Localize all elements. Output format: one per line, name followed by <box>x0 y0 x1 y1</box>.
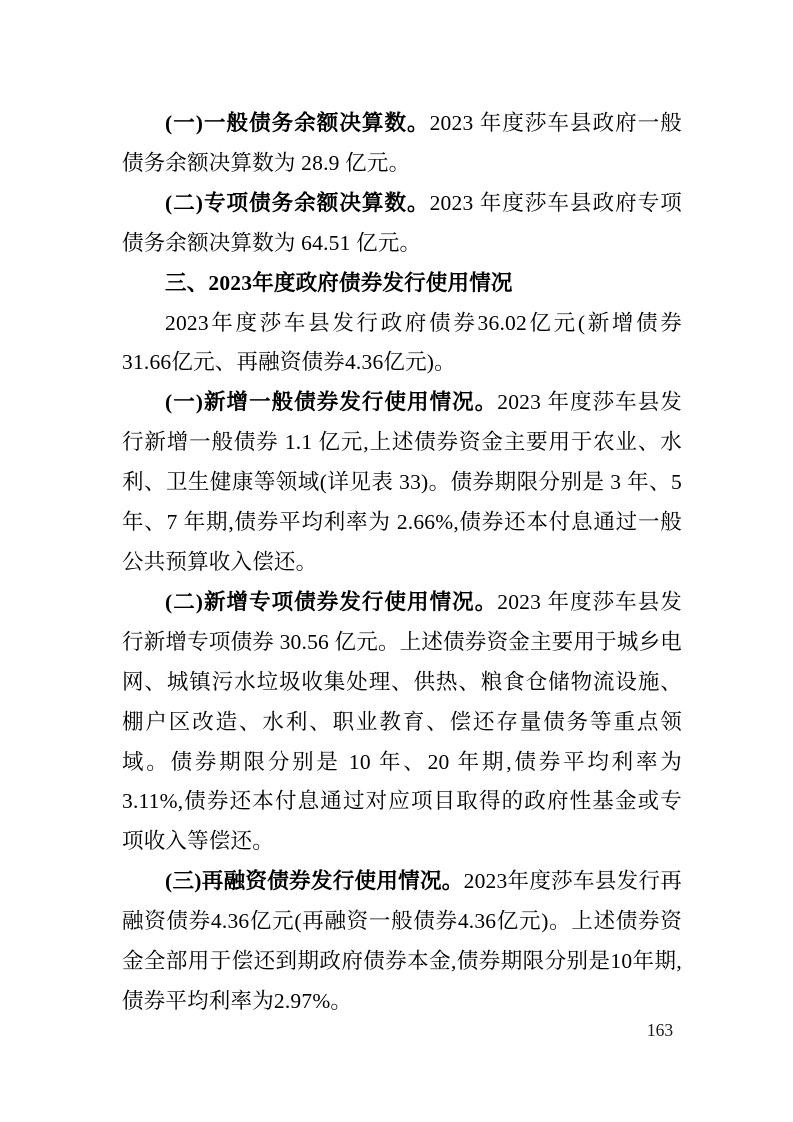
paragraph-lead: (三)再融资债券发行使用情况。 <box>165 869 464 893</box>
section-heading: 三、2023年度政府债券发行使用情况 <box>122 264 682 304</box>
paragraph: (一)新增一般债券发行使用情况。2023 年度莎车县发行新增一般债券 1.1 亿… <box>122 383 682 583</box>
paragraph: (二)新增专项债券发行使用情况。2023 年度莎车县发行新增专项债券 30.56… <box>122 583 682 862</box>
paragraph-lead: (一)一般债务余额决算数。 <box>165 111 430 135</box>
paragraph-lead: (一)新增一般债券发行使用情况。 <box>165 390 497 414</box>
paragraph-lead: (二)专项债务余额决算数。 <box>165 191 430 215</box>
document-page: (一)一般债务余额决算数。2023 年度莎车县政府一般债务余额决算数为 28.9… <box>0 0 793 1122</box>
paragraph: (三)再融资债券发行使用情况。2023年度莎车县发行再融资债券4.36亿元(再融… <box>122 862 682 1022</box>
paragraph: (二)专项债务余额决算数。2023 年度莎车县政府专项债务余额决算数为 64.5… <box>122 184 682 264</box>
paragraph: 2023年度莎车县发行政府债券36.02亿元(新增债券31.66亿元、再融资债券… <box>122 304 682 384</box>
page-number: 163 <box>640 1019 680 1041</box>
paragraph-text: 2023 年度莎车县发行新增专项债券 30.56 亿元。上述债券资金主要用于城乡… <box>122 590 682 853</box>
paragraph: (一)一般债务余额决算数。2023 年度莎车县政府一般债务余额决算数为 28.9… <box>122 104 682 184</box>
paragraph-text: 2023年度莎车县发行政府债券36.02亿元(新增债券31.66亿元、再融资债券… <box>122 311 682 375</box>
paragraph-text: 2023 年度莎车县发行新增一般债券 1.1 亿元,上述债券资金主要用于农业、水… <box>122 390 682 574</box>
paragraph-text: 三、2023年度政府债券发行使用情况 <box>165 271 513 295</box>
paragraph-lead: (二)新增专项债券发行使用情况。 <box>165 590 497 614</box>
document-body: (一)一般债务余额决算数。2023 年度莎车县政府一般债务余额决算数为 28.9… <box>122 104 682 1022</box>
